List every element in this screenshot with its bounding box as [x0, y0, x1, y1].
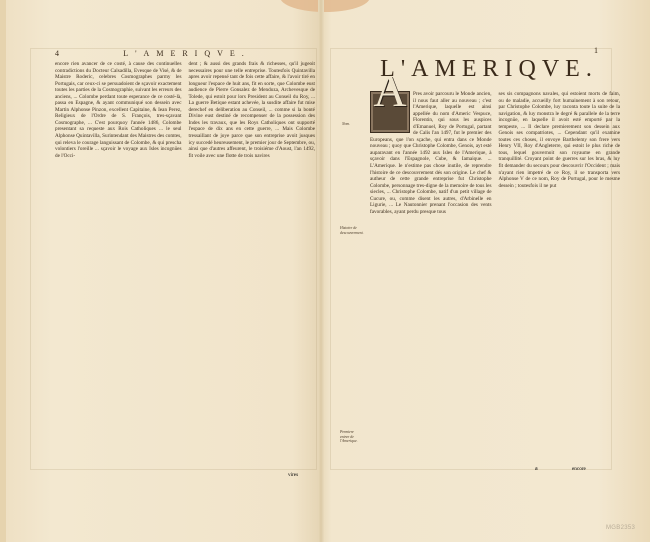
margin-note: Nom. [342, 122, 364, 127]
drop-cap-letter: A [371, 88, 409, 95]
margin-note: Premiere entree de l'Amerique. [340, 430, 362, 444]
right-page: 1 L'AMERIQVE. A Pres avoir parcouru le M… [370, 48, 620, 215]
left-page: 4 L'AMERIQVE. encore rien avancer de ce … [55, 49, 315, 159]
text-column-right: dent ; & aussi des grands frais & riches… [189, 61, 316, 159]
running-head-title: L'AMERIQVE. [123, 49, 251, 58]
inventory-stamp: MGB2353 [606, 525, 635, 531]
catchword-left: vires [288, 472, 298, 478]
text-columns: encore rien avancer de ce costé, à cause… [55, 61, 315, 159]
text-column-left: A Pres avoir parcouru le Monde ancien, i… [370, 91, 492, 215]
margin-note: Histoire de descouvrement. [340, 226, 362, 235]
page-edge [0, 0, 6, 542]
folio-number: 1 [594, 46, 598, 55]
water-stain [280, 0, 370, 12]
book-gutter [318, 0, 324, 542]
paragraph: encore rien avancer de ce costé, à cause… [55, 61, 182, 159]
catchword-right: encore [572, 466, 586, 472]
page-number: 4 [55, 49, 59, 58]
text-column-right: ses sis compagnons navales, qui estoient… [499, 91, 621, 215]
signature-mark: a [535, 466, 538, 472]
text-columns: A Pres avoir parcouru le Monde ancien, i… [370, 91, 620, 215]
paragraph: dent ; & aussi des grands frais & riches… [189, 61, 316, 159]
book-spread: 4 L'AMERIQVE. encore rien avancer de ce … [0, 0, 650, 542]
running-head: 4 L'AMERIQVE. [55, 49, 315, 58]
text-column-left: encore rien avancer de ce costé, à cause… [55, 61, 182, 159]
decorated-initial-icon: A [370, 91, 410, 133]
paragraph: ses sis compagnons navales, qui estoient… [499, 91, 621, 189]
